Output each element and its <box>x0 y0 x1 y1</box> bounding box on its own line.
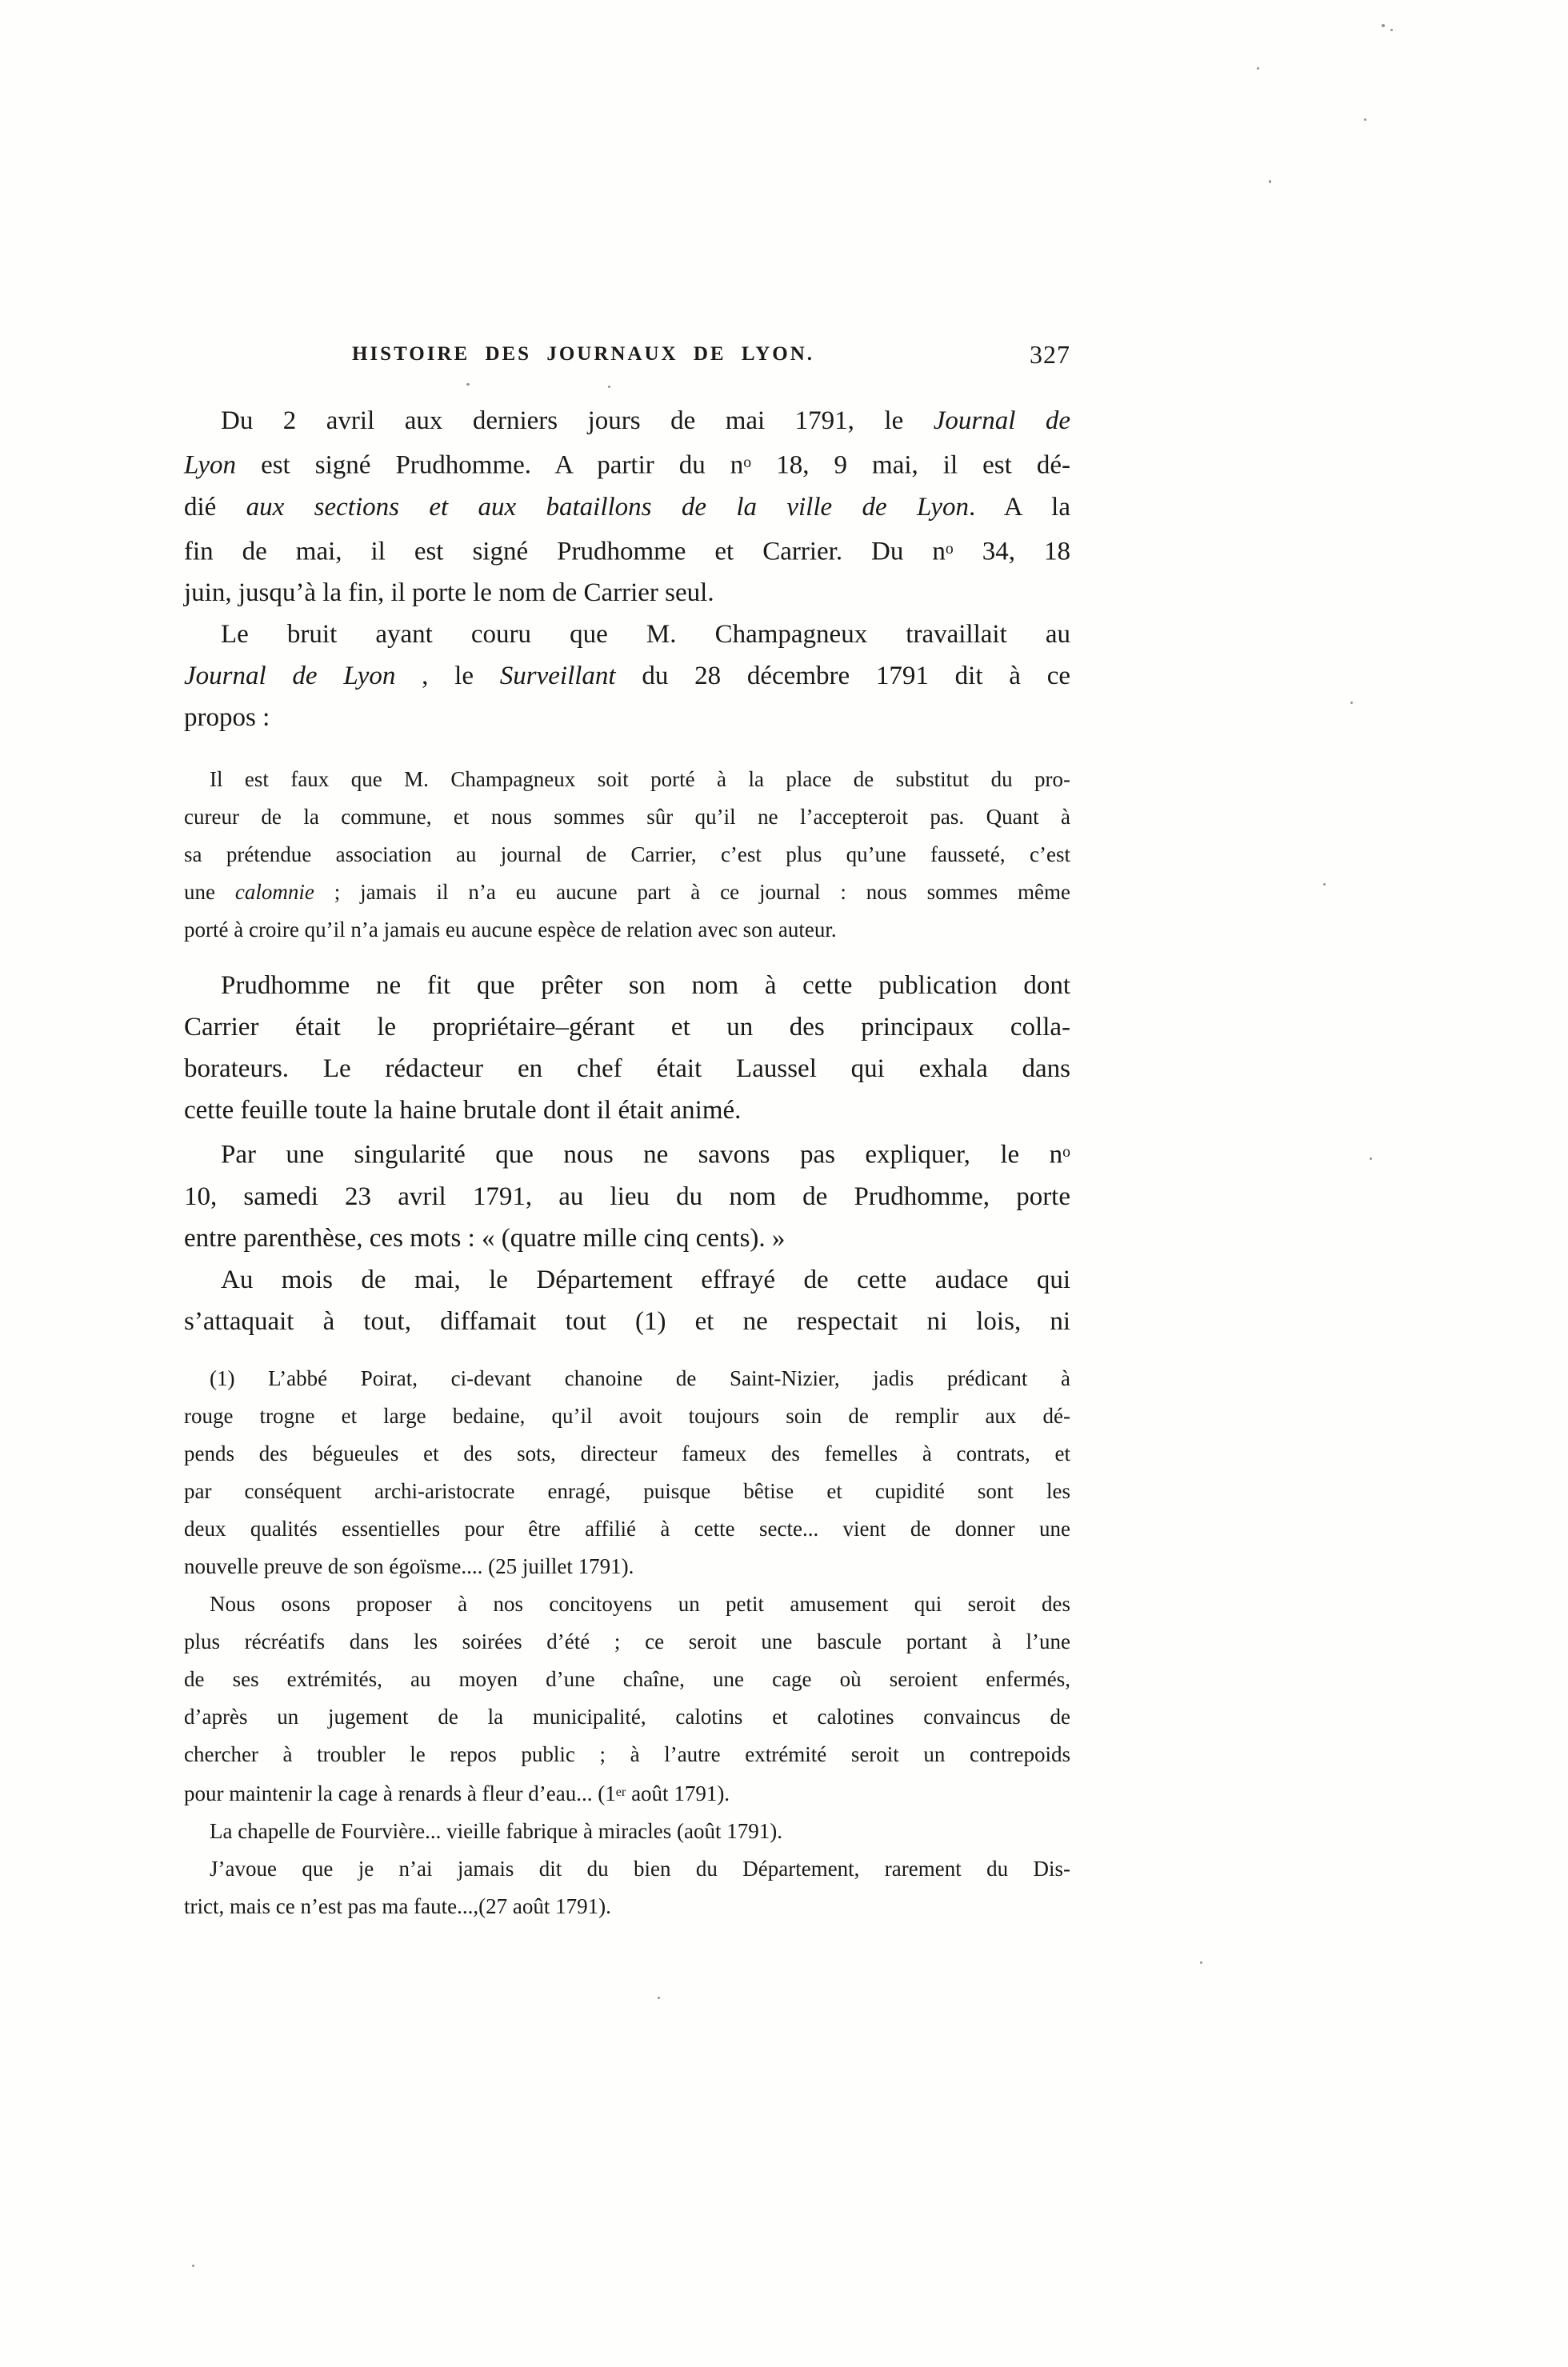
text-run: cureur de la commune, et nous sommes sûr… <box>184 805 1070 829</box>
scan-speckle <box>1370 1158 1372 1160</box>
text-line: entre parenthèse, ces mots : « (quatre m… <box>184 1217 1070 1259</box>
text-line: borateurs. Le rédacteur en chef était La… <box>184 1048 1070 1090</box>
scan-speckle <box>1382 24 1385 27</box>
text-run: Nous osons proposer à nos concitoyens un… <box>210 1592 1070 1616</box>
paragraph-3: Prudhomme ne fit que prêter son nom à ce… <box>184 965 1070 1131</box>
text-line: propos : <box>184 697 1070 738</box>
text-line: rouge trogne et large bedaine, qu’il avo… <box>184 1397 1070 1435</box>
page-number: 327 <box>1030 336 1070 373</box>
superscript-text: o <box>946 540 954 558</box>
italic-text: Journal de Lyon <box>184 662 395 690</box>
book-page: HISTOIRE DES JOURNAUX DE LYON. 327 Du 2 … <box>0 0 1568 2367</box>
text-run: Du 2 avril aux derniers jours de mai 179… <box>221 406 934 435</box>
text-line: pour maintenir la cage à renards à fleur… <box>184 1773 1070 1813</box>
text-run: s’attaquait à tout, diffamait tout (1) e… <box>184 1307 1070 1336</box>
scan-speckle <box>192 2265 194 2267</box>
text-run: 10, samedi 23 avril 1791, au lieu du nom… <box>184 1182 1070 1211</box>
italic-text: Surveillant <box>500 662 616 690</box>
text-line: nouvelle preuve de son égoïsme.... (25 j… <box>184 1548 1070 1585</box>
text-run: Au mois de mai, le Département effrayé d… <box>221 1265 1070 1294</box>
text-run: par conséquent archi-aristocrate enragé,… <box>184 1479 1070 1503</box>
text-run: plus récréatifs dans les soirées d’été ;… <box>184 1629 1070 1653</box>
text-run: sa prétendue association au journal de C… <box>184 842 1070 866</box>
text-run: Le bruit ayant couru que M. Champagneux … <box>221 620 1070 649</box>
text-line: une calomnie ; jamais il n’a eu aucune p… <box>184 874 1070 911</box>
text-run: rouge trogne et large bedaine, qu’il avo… <box>184 1404 1070 1428</box>
text-run: Par une singularité que nous ne savons p… <box>221 1141 1062 1170</box>
paragraph-1: Du 2 avril aux derniers jours de mai 179… <box>184 400 1070 614</box>
scan-speckle <box>1200 1961 1202 1964</box>
text-run: (1) L’abbé Poirat, ci-devant chanoine de… <box>210 1366 1070 1390</box>
text-line: trict, mais ce n’est pas ma faute...,(27… <box>184 1888 1070 1925</box>
text-line: Il est faux que M. Champagneux soit port… <box>184 761 1070 798</box>
text-line: Nous osons proposer à nos concitoyens un… <box>184 1585 1070 1623</box>
text-run: pour maintenir la cage à renards à fleur… <box>184 1781 616 1805</box>
superscript-text: o <box>743 454 751 471</box>
text-line: juin, jusqu’à la fin, il porte le nom de… <box>184 572 1070 614</box>
text-run: trict, mais ce n’est pas ma faute...,(27… <box>184 1894 611 1918</box>
text-run: ; jamais il n’a eu aucune part à ce jour… <box>314 880 1070 904</box>
italic-text: Lyon <box>184 451 236 480</box>
text-run: entre parenthèse, ces mots : « (quatre m… <box>184 1224 785 1253</box>
text-run: est signé Prudhomme. A partir du n <box>236 451 743 480</box>
paragraph-2: Le bruit ayant couru que M. Champagneux … <box>184 614 1070 738</box>
text-line: plus récréatifs dans les soirées d’été ;… <box>184 1623 1070 1661</box>
footnote-block: (1) L’abbé Poirat, ci-devant chanoine de… <box>184 1360 1070 1925</box>
text-run: Prudhomme ne fit que prêter son nom à ce… <box>221 971 1070 1000</box>
text-run: Carrier était le propriétaire–gérant et … <box>184 1013 1070 1042</box>
text-run: dié <box>184 493 246 522</box>
scan-speckle <box>1390 29 1393 31</box>
scan-speckle <box>1323 883 1326 886</box>
text-run: nouvelle preuve de son égoïsme.... (25 j… <box>184 1554 634 1578</box>
text-run: . A la <box>969 493 1070 522</box>
text-run: cette feuille toute la haine brutale don… <box>184 1096 741 1125</box>
text-run: 34, 18 <box>954 537 1070 566</box>
text-line: cette feuille toute la haine brutale don… <box>184 1090 1070 1131</box>
text-run: deux qualités essentielles pour être aff… <box>184 1517 1070 1541</box>
text-line: par conséquent archi-aristocrate enragé,… <box>184 1473 1070 1510</box>
scan-speckle <box>1269 180 1271 183</box>
text-line: 10, samedi 23 avril 1791, au lieu du nom… <box>184 1176 1070 1217</box>
text-line: Lyon est signé Prudhomme. A partir du no… <box>184 442 1070 486</box>
text-run: Il est faux que M. Champagneux soit port… <box>210 767 1070 791</box>
paragraph-5: Au mois de mai, le Département effrayé d… <box>184 1259 1070 1342</box>
quote-block: Il est faux que M. Champagneux soit port… <box>184 761 1070 949</box>
italic-text: calomnie <box>235 880 314 904</box>
text-line: J’avoue que je n’ai jamais dit du bien d… <box>184 1850 1070 1888</box>
text-run: fin de mai, il est signé Prudhomme et Ca… <box>184 537 946 566</box>
text-run: une <box>184 880 235 904</box>
superscript-text: o <box>1062 1143 1070 1161</box>
paragraph-4: Par une singularité que nous ne savons p… <box>184 1131 1070 1259</box>
scan-speckle <box>466 383 470 386</box>
text-line: d’après un jugement de la municipalité, … <box>184 1698 1070 1736</box>
text-run: d’après un jugement de la municipalité, … <box>184 1705 1070 1729</box>
text-line: cureur de la commune, et nous sommes sûr… <box>184 798 1070 836</box>
text-run: La chapelle de Fourvière... vieille fabr… <box>210 1819 782 1843</box>
italic-text: Journal de <box>934 406 1070 435</box>
text-run: de ses extrémités, au moyen d’une chaîne… <box>184 1667 1070 1691</box>
scan-speckle <box>1257 67 1259 70</box>
text-line: Journal de Lyon , le Surveillant du 28 d… <box>184 655 1070 697</box>
text-line: Carrier était le propriétaire–gérant et … <box>184 1006 1070 1048</box>
text-run: borateurs. Le rédacteur en chef était La… <box>184 1054 1070 1083</box>
text-line: sa prétendue association au journal de C… <box>184 836 1070 874</box>
text-line: de ses extrémités, au moyen d’une chaîne… <box>184 1661 1070 1698</box>
text-line: s’attaquait à tout, diffamait tout (1) e… <box>184 1301 1070 1342</box>
text-run: du 28 décembre 1791 dit à ce <box>616 662 1070 690</box>
scan-speckle <box>608 386 610 388</box>
text-column-blocks: Du 2 avril aux derniers jours de mai 179… <box>184 400 1070 1925</box>
text-line: deux qualités essentielles pour être aff… <box>184 1510 1070 1548</box>
text-line: Par une singularité que nous ne savons p… <box>184 1131 1070 1176</box>
text-run: porté à croire qu’il n’a jamais eu aucun… <box>184 918 837 942</box>
text-line: Le bruit ayant couru que M. Champagneux … <box>184 614 1070 655</box>
text-run: 18, 9 mai, il est dé- <box>751 451 1070 480</box>
scan-speckle <box>1364 118 1366 121</box>
text-line: Du 2 avril aux derniers jours de mai 179… <box>184 400 1070 442</box>
text-line: chercher à troubler le repos public ; à … <box>184 1736 1070 1773</box>
text-line: fin de mai, il est signé Prudhomme et Ca… <box>184 528 1070 573</box>
running-head: HISTOIRE DES JOURNAUX DE LYON. 327 <box>184 336 1070 373</box>
text-line: Au mois de mai, le Département effrayé d… <box>184 1259 1070 1301</box>
text-line: La chapelle de Fourvière... vieille fabr… <box>184 1813 1070 1850</box>
text-line: (1) L’abbé Poirat, ci-devant chanoine de… <box>184 1360 1070 1397</box>
scan-speckle <box>1350 702 1353 704</box>
text-run: chercher à troubler le repos public ; à … <box>184 1742 1070 1766</box>
text-run: pends des bégueules et des sots, directe… <box>184 1441 1070 1465</box>
scan-speckle <box>658 1997 660 1999</box>
italic-text: aux sections et aux bataillons de la vil… <box>246 493 969 522</box>
text-column: HISTOIRE DES JOURNAUX DE LYON. 327 Du 2 … <box>184 336 1070 1925</box>
text-run: août 1791). <box>626 1781 730 1805</box>
text-line: dié aux sections et aux bataillons de la… <box>184 486 1070 528</box>
text-run: , le <box>395 662 499 690</box>
text-run: J’avoue que je n’ai jamais dit du bien d… <box>210 1857 1070 1881</box>
page-title: HISTOIRE DES JOURNAUX DE LYON. <box>184 336 982 373</box>
text-run: propos : <box>184 703 270 732</box>
text-line: Prudhomme ne fit que prêter son nom à ce… <box>184 965 1070 1006</box>
text-line: porté à croire qu’il n’a jamais eu aucun… <box>184 911 1070 949</box>
text-run: juin, jusqu’à la fin, il porte le nom de… <box>184 578 714 607</box>
text-line: pends des bégueules et des sots, directe… <box>184 1435 1070 1473</box>
superscript-text: er <box>616 1785 626 1799</box>
